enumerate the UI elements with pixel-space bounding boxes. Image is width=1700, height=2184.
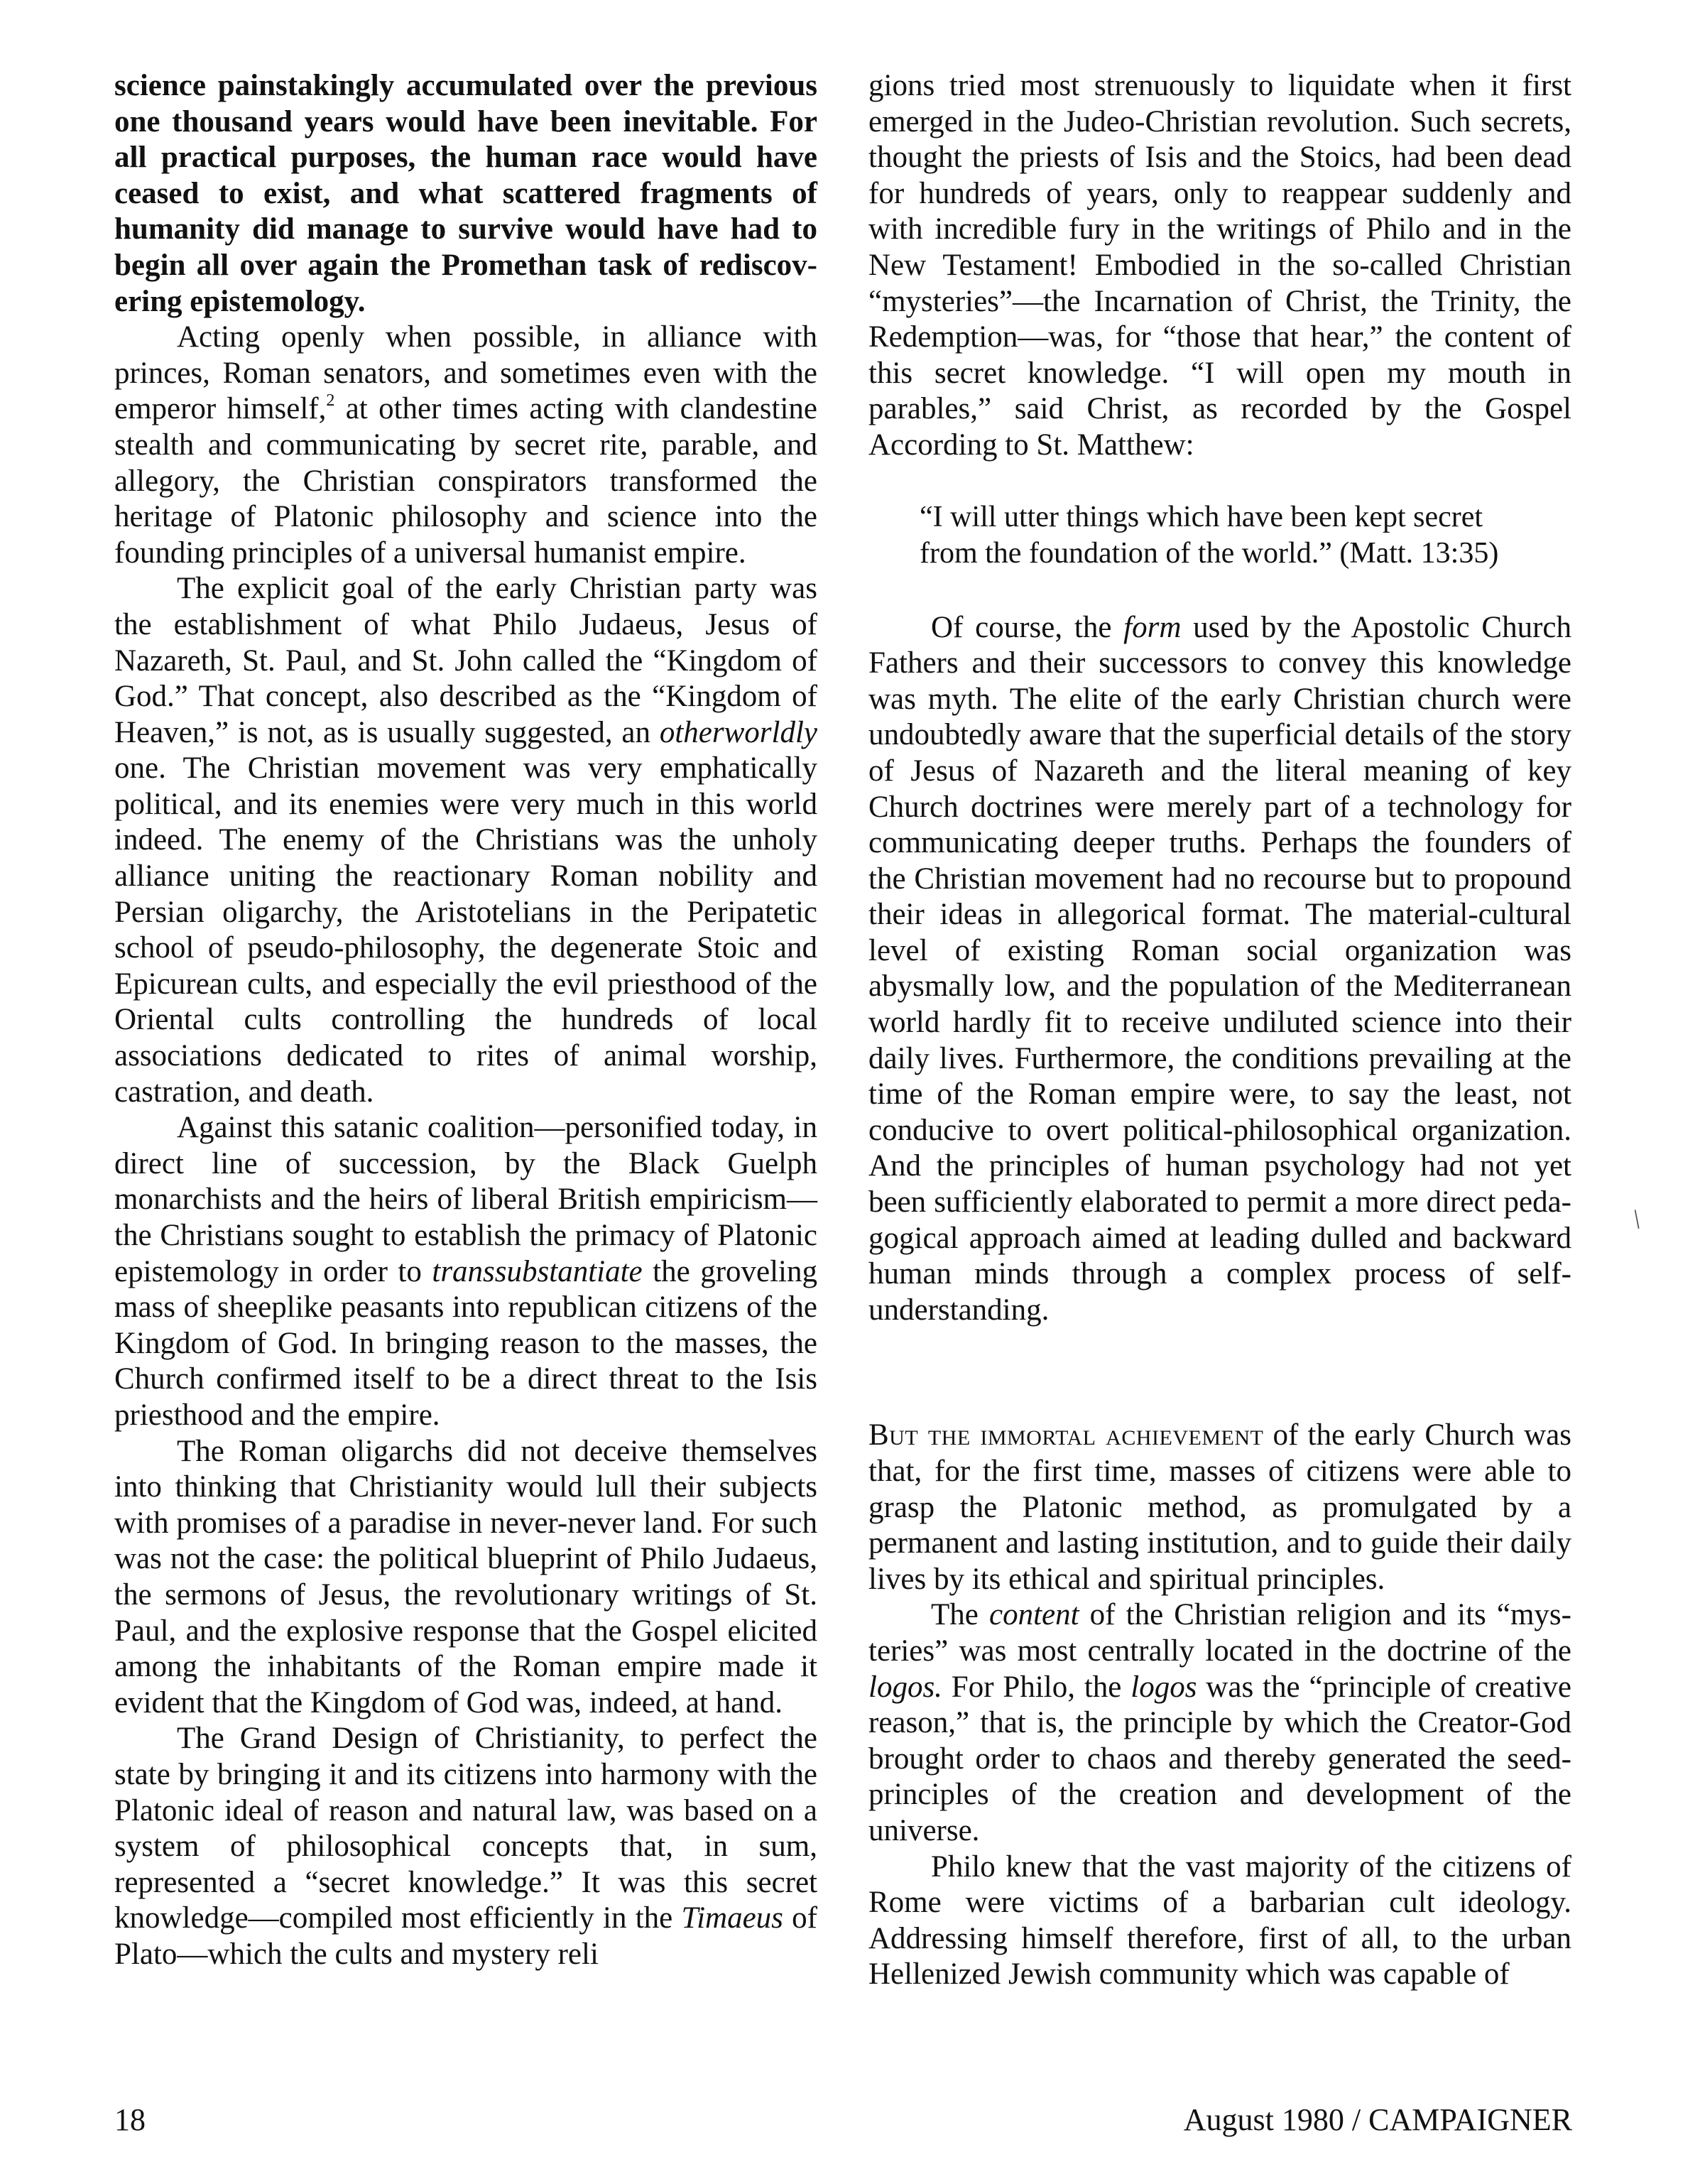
- text-run: used by the Apostolic Church Fathers and…: [868, 611, 1571, 1327]
- text-run: For Philo, the: [942, 1670, 1130, 1704]
- text-run: The Roman oligarchs did not deceive them…: [114, 1435, 817, 1720]
- text-run: one. The Christian movement was very emp…: [114, 751, 817, 1108]
- scan-mark: /: [1626, 1204, 1648, 1234]
- section-break: [868, 1328, 1571, 1418]
- issue-line: August 1980 / CAMPAIGNER: [1142, 2102, 1572, 2138]
- paragraph-content-logos: The content of the Christian religion an…: [868, 1597, 1571, 1849]
- paragraph-explicit-goal: The explicit goal of the early Christian…: [114, 571, 817, 1110]
- page-number: 18: [114, 2102, 146, 2138]
- text-run: The: [931, 1598, 989, 1631]
- blockquote-line: from the foundation of the world.” (Matt…: [920, 536, 1523, 572]
- paragraph-gions: gions tried most strenuously to liquidat…: [868, 68, 1571, 464]
- paragraph-continuation: science painstakingly accumulated over t…: [114, 68, 817, 320]
- paragraph-immortal-achievement: But the immortal achievement of the earl…: [868, 1418, 1571, 1597]
- italic-term: otherworldly: [660, 716, 817, 749]
- paragraph-satanic-coalition: Against this satanic coalition—personifi…: [114, 1110, 817, 1433]
- paragraph-of-course: Of course, the form used by the Apostoli…: [868, 610, 1571, 1329]
- italic-term: transsubstantiate: [432, 1255, 642, 1288]
- left-column: science painstakingly accumulated over t…: [114, 68, 817, 1972]
- paragraph-philo-knew: Philo knew that the vast majority of the…: [868, 1849, 1571, 1993]
- italic-term: Timaeus: [682, 1901, 783, 1935]
- italic-term: logos.: [868, 1670, 942, 1704]
- paragraph-grand-design: The Grand Design of Christianity, to per…: [114, 1721, 817, 1972]
- paragraph-acting-openly: Acting openly when possible, in alliance…: [114, 320, 817, 571]
- blockquote-matthew: “I will utter things which have been kep…: [920, 499, 1523, 572]
- blockquote-line: “I will utter things which have been kep…: [920, 499, 1523, 536]
- italic-term: content: [989, 1598, 1079, 1631]
- footnote-marker: 2: [326, 391, 334, 410]
- right-column: gions tried most strenuously to liquidat…: [868, 68, 1571, 1993]
- italic-term: form: [1123, 611, 1181, 644]
- italic-term: logos: [1130, 1670, 1197, 1704]
- text-run: science painstakingly accumulated over t…: [114, 69, 817, 318]
- section-lead-smallcaps: But the immortal achievement: [868, 1418, 1263, 1452]
- text-run: Of course, the: [931, 611, 1123, 644]
- paragraph-roman-oligarchs: The Roman oligarchs did not deceive them…: [114, 1434, 817, 1722]
